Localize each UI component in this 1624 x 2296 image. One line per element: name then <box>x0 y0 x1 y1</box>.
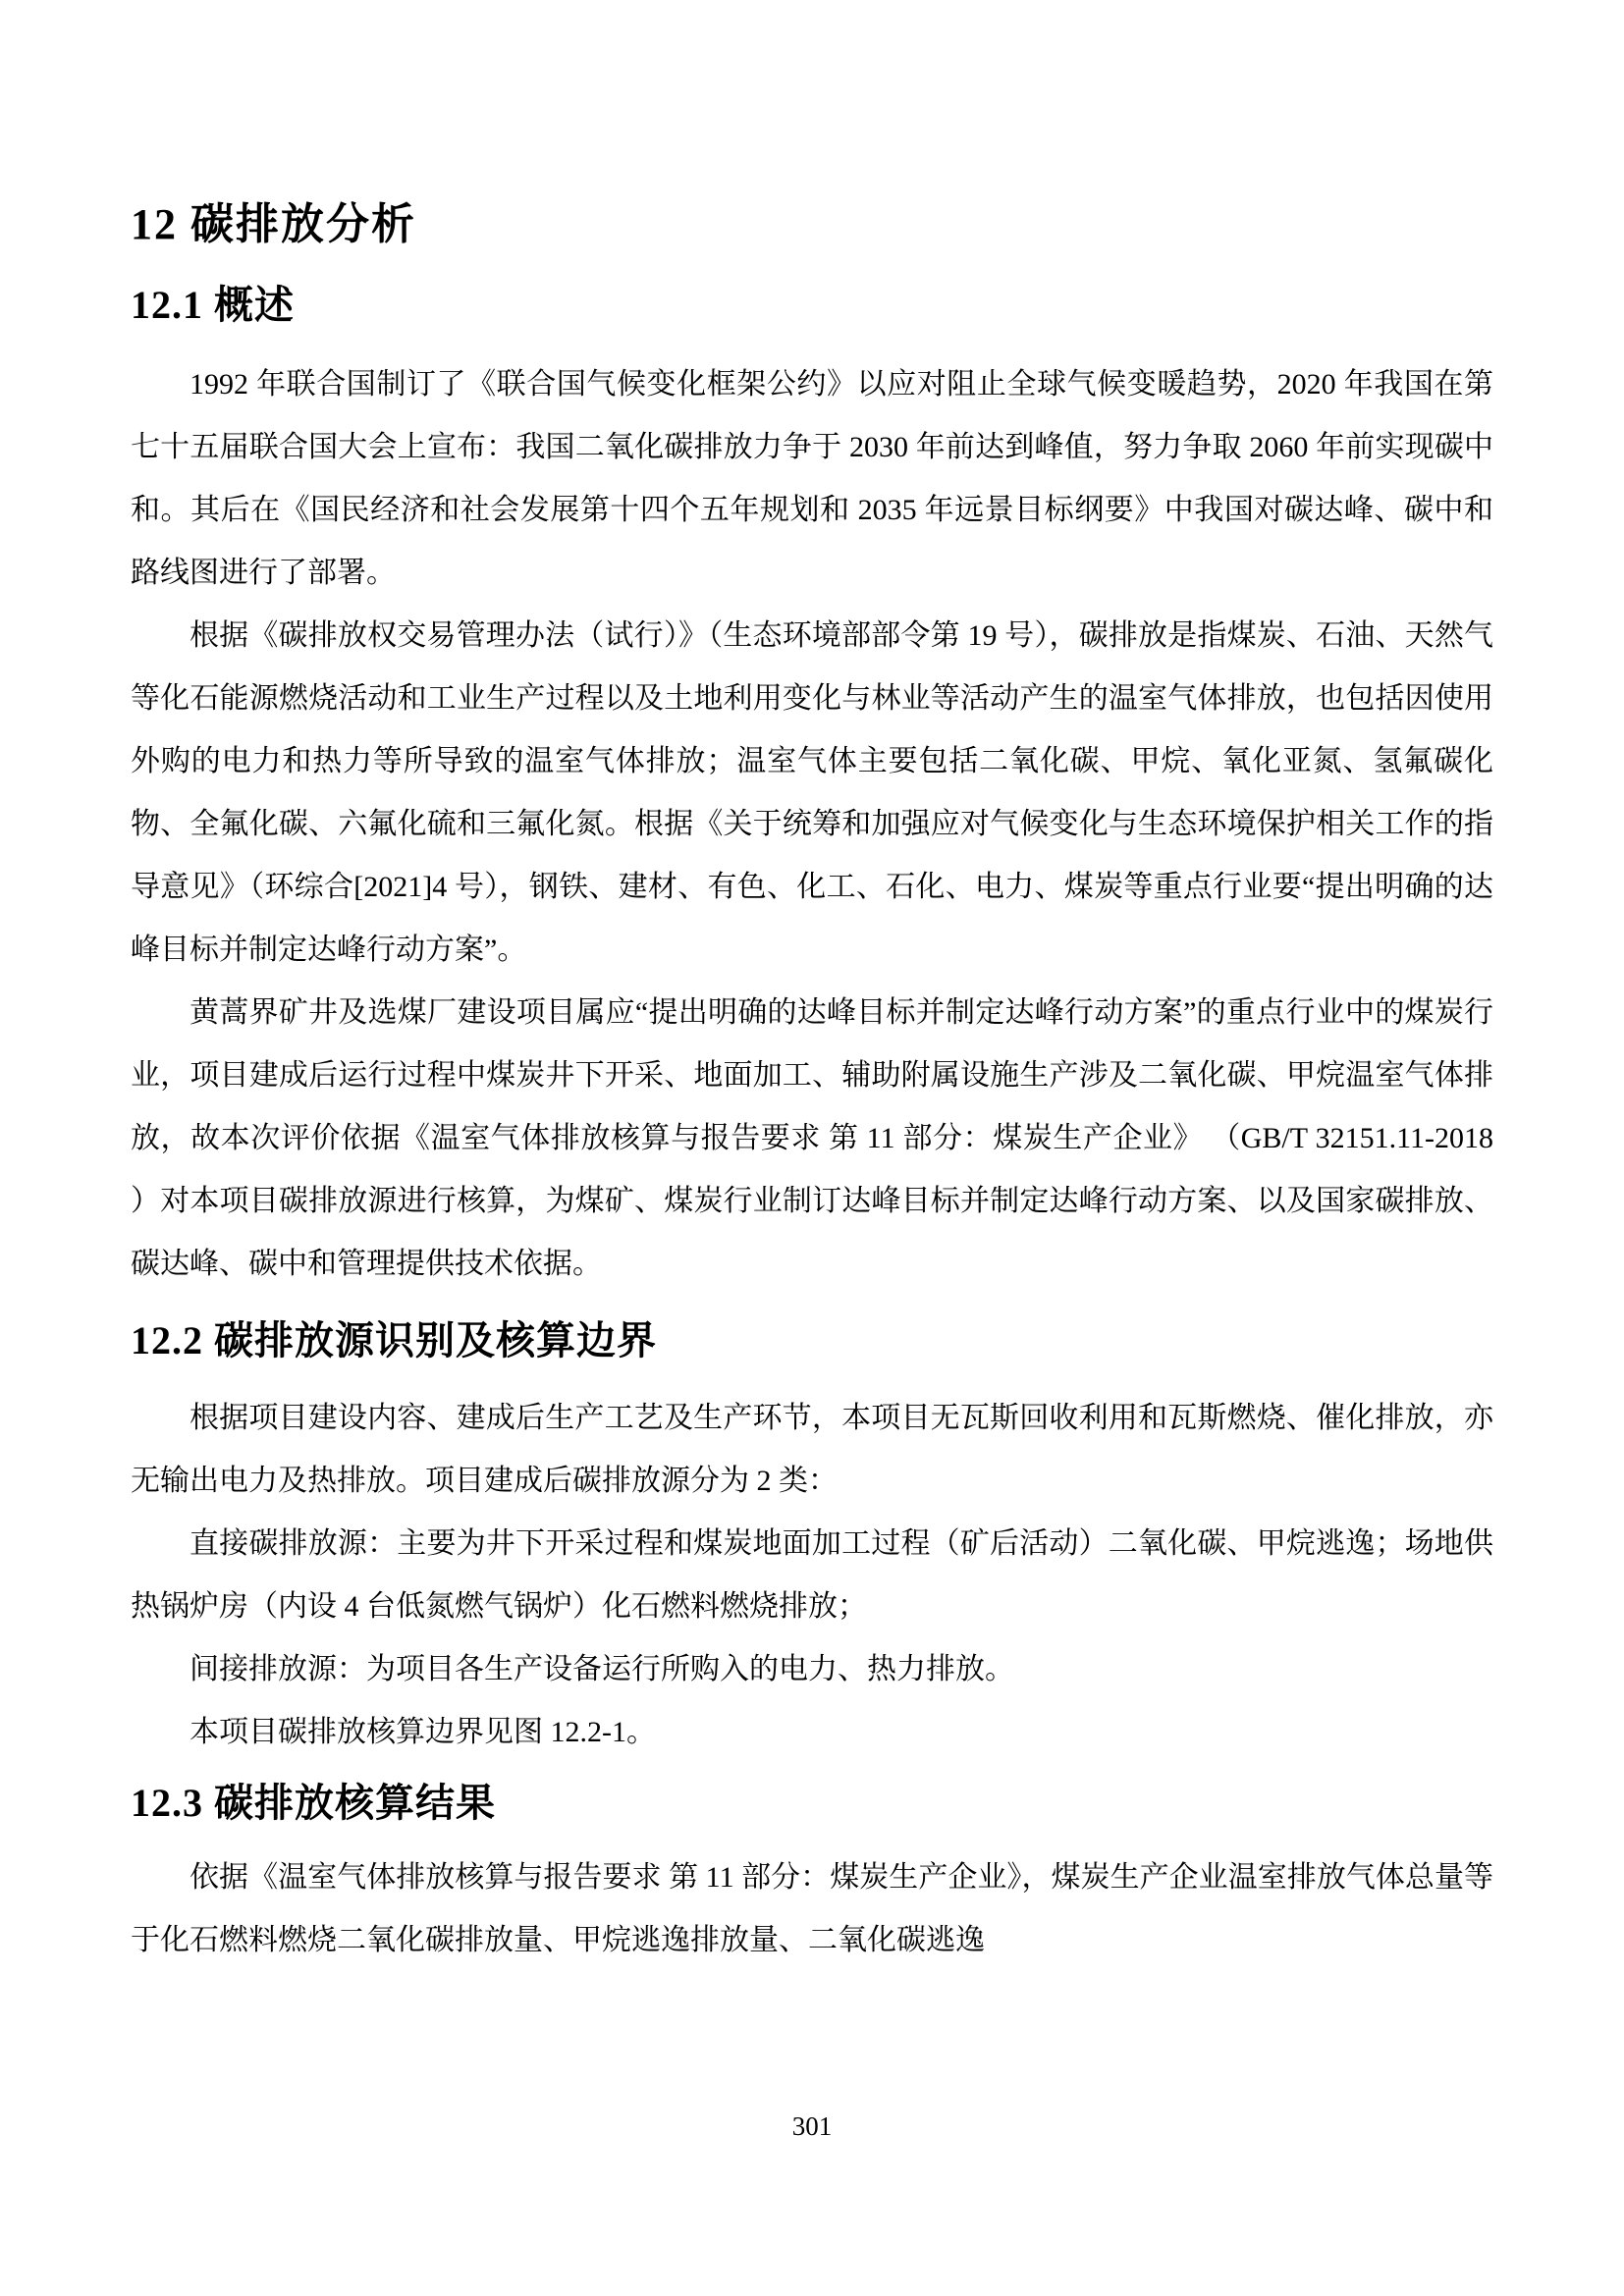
section-12-1-heading: 12.1 概述 <box>131 284 1493 327</box>
section-12-1-paragraph-3: 黄蒿界矿井及选煤厂建设项目属应“提出明确的达峰目标并制定达峰行动方案”的重点行业… <box>131 982 1493 1296</box>
section-12-3-heading: 12.3 碳排放核算结果 <box>131 1782 1493 1825</box>
chapter-12-heading: 12 碳排放分析 <box>131 201 1493 248</box>
document-content: 12 碳排放分析 12.1 概述 1992 年联合国制订了《联合国气候变化框架公… <box>0 0 1624 1972</box>
section-12-2-paragraph-1: 根据项目建设内容、建成后生产工艺及生产环节，本项目无瓦斯回收利用和瓦斯燃烧、催化… <box>131 1387 1493 1513</box>
section-12-1-paragraph-1: 1992 年联合国制订了《联合国气候变化框架公约》以应对阻止全球气候变暖趋势，2… <box>131 353 1493 605</box>
section-12-2-heading: 12.2 碳排放源识别及核算边界 <box>131 1319 1493 1362</box>
page-number: 301 <box>0 2110 1624 2142</box>
section-12-2-paragraph-4: 本项目碳排放核算边界见图 12.2-1。 <box>131 1701 1493 1764</box>
document-page: 12 碳排放分析 12.1 概述 1992 年联合国制订了《联合国气候变化框架公… <box>0 0 1624 2296</box>
section-12-2-paragraph-3: 间接排放源：为项目各生产设备运行所购入的电力、热力排放。 <box>131 1638 1493 1701</box>
section-12-2-paragraph-2: 直接碳排放源：主要为井下开采过程和煤炭地面加工过程（矿后活动）二氧化碳、甲烷逃逸… <box>131 1513 1493 1638</box>
section-12-3-paragraph-1: 依据《温室气体排放核算与报告要求 第 11 部分：煤炭生产企业》，煤炭生产企业温… <box>131 1846 1493 1972</box>
section-12-1-paragraph-2: 根据《碳排放权交易管理办法（试行）》（生态环境部部令第 19 号），碳排放是指煤… <box>131 605 1493 982</box>
